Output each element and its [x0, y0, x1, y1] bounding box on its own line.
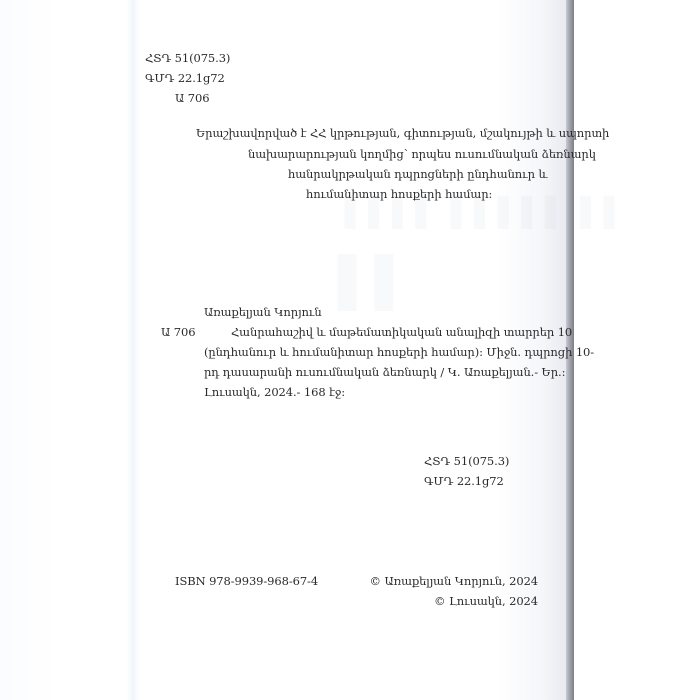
description-line: Լուսակն, 2024.- 168 էջ:: [204, 387, 345, 399]
author-mark: Ա 706: [161, 327, 195, 339]
copyright-publisher: © Լուսակն, 2024: [434, 596, 538, 608]
approval-line: նախարարության կողմից՝ որպես ուսումնական …: [248, 149, 596, 161]
approval-line: հանրակրթական դպրոցների ընդհանուր և: [288, 169, 547, 181]
bbk-code-bottom: ԳՄԴ 22.1g72: [424, 476, 504, 488]
isbn: ISBN 978-9939-968-67-4: [175, 576, 318, 588]
udc-code-top: ՀՏԴ 51(075.3): [145, 53, 230, 65]
author-mark-top: Ա 706: [175, 93, 209, 105]
book-title: Հանրահաշիվ և մաթեմատիկական անալիզի տարրե…: [231, 327, 572, 339]
copyright-author: © Առաքելյան Կորյուն, 2024: [370, 576, 538, 588]
description-line: (ընդհանուր և հումանիտար հոսքերի համար): …: [204, 347, 594, 359]
bbk-code-top: ԳՄԴ 22.1g72: [145, 73, 225, 85]
description-line: րդ դասարանի ուսումնական ձեռնարկ / Կ. Առա…: [204, 367, 565, 379]
approval-line: հումանիտար հոսքերի համար:: [306, 189, 492, 201]
approval-line: Երաշխավորված է ՀՀ կրթության, գիտության, …: [196, 128, 609, 140]
page-gutter-shadow: [126, 0, 140, 700]
author-name: Առաքելյան Կորյուն: [204, 307, 322, 319]
udc-code-bottom: ՀՏԴ 51(075.3): [424, 456, 509, 468]
